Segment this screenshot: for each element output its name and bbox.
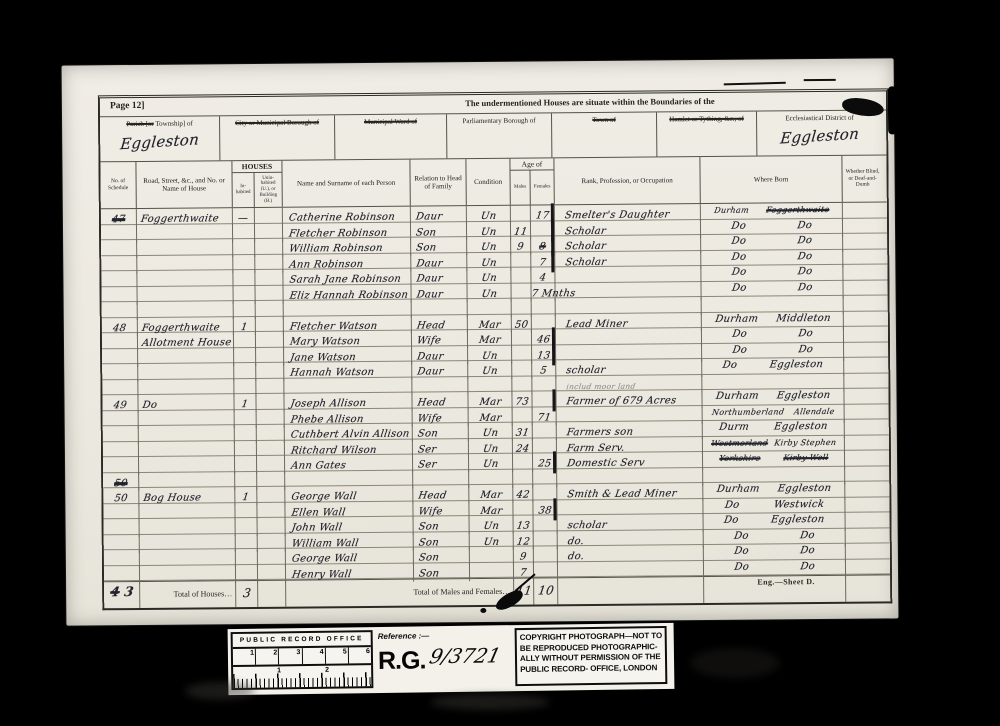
- ruler-cm-cell: 2: [256, 648, 279, 664]
- col-age-title: Age of: [510, 158, 553, 170]
- background-smudge: [185, 682, 255, 700]
- uninhabited-cell: [258, 564, 286, 582]
- table-body: 47 Foggerthwaite — Catherine Robinson Da…: [101, 202, 890, 581]
- col-occupation: Rank, Profession, or Occupation: [554, 157, 700, 204]
- reference-zone: Reference :— R.G. 9/3721: [378, 627, 514, 689]
- totals-blind-cell: [846, 575, 886, 601]
- total-houses-cell: 3: [236, 581, 258, 607]
- copyright-line: PUBLIC RECORD- OFFICE, LONDON: [520, 663, 662, 676]
- ruler-cm-cell: 5: [326, 647, 349, 663]
- totals-margin-note: 4 3: [104, 582, 140, 608]
- stray-mark: [724, 82, 786, 86]
- header-field-handwritten-value: [447, 127, 551, 133]
- col-born: Where Born: [700, 156, 842, 203]
- col-road: Road, Street, &c., and No. or Name of Ho…: [136, 161, 232, 208]
- stray-mark: [804, 79, 836, 81]
- sheet-note: Eng.—Sheet D.: [721, 577, 851, 587]
- ruler-cm-cell: 3: [279, 648, 302, 664]
- person-name: Henry Wall: [291, 568, 352, 582]
- header-field: Hamlet or Tything, &c., of: [657, 112, 757, 157]
- census-photo: Page 12] The undermentioned Houses are s…: [62, 58, 899, 625]
- col-inhabited: In-habited: [233, 173, 255, 207]
- ruler-cm-cell: 1: [233, 649, 256, 665]
- pro-reference-strip: PUBLIC RECORD OFFICE 1 2 3 4 5 6 1 2 Ref…: [228, 623, 675, 695]
- column-headers: No. of Schedule Road, Street, &c., and N…: [100, 155, 886, 209]
- age-male-value: 7: [519, 566, 528, 579]
- col-males: Males: [511, 171, 531, 205]
- born-county: Do: [733, 560, 750, 578]
- header-field-label: Township] of: [155, 119, 193, 127]
- header-field-handwritten-value: [335, 127, 446, 134]
- totals-occ-cell: [558, 577, 704, 604]
- col-name: Name and Surname of each Person: [282, 160, 410, 207]
- pro-ruler: PUBLIC RECORD OFFICE 1 2 3 4 5 6 1 2: [231, 630, 374, 690]
- ruler-cm-cell: 4: [302, 648, 325, 664]
- header-field-struck-label: Town of: [592, 116, 616, 124]
- header-fields: Parish [or Township] of Eggleston City o…: [100, 110, 886, 162]
- ink-blot-dot: [480, 608, 486, 613]
- header-field-handwritten-value: [657, 125, 756, 131]
- header-field: Town of: [552, 112, 657, 157]
- col-uninhabited: Unin-habited (U.), or Building (B.): [255, 173, 282, 207]
- age-female-cell: [534, 562, 558, 580]
- ruler-inch-row: 1 2: [233, 665, 371, 689]
- boundary-sentence: The undermentioned Houses are situate wi…: [350, 95, 830, 109]
- header-field-struck-label: Municipal Ward of: [364, 118, 417, 126]
- col-blind: Whether Blind, or Deaf-and-Dumb: [842, 155, 882, 201]
- total-houses-label: Total of Houses…: [140, 581, 236, 608]
- margin-value: 3: [122, 582, 135, 604]
- header-field: City or Municipal Borough of: [220, 115, 335, 160]
- census-form: Page 12] The undermentioned Houses are s…: [98, 88, 892, 610]
- col-houses-title: HOUSES: [232, 161, 281, 173]
- page-number: Page 12]: [110, 101, 145, 111]
- col-condition: Condition: [466, 159, 510, 205]
- header-field-handwritten-value: [552, 126, 656, 132]
- col-relation: Relation to Head of Family: [410, 159, 466, 205]
- header-field-struck-label: Hamlet or Tything, &c., of: [669, 115, 744, 124]
- header-field-struck-label: Parish [or: [126, 120, 153, 128]
- header-field-handwritten-value: Eggleston: [756, 123, 883, 150]
- reference-number: 9/3721: [427, 643, 503, 668]
- background-smudge: [690, 648, 780, 678]
- col-houses-group: HOUSES In-habited Unin-habited (U.), or …: [232, 161, 282, 207]
- inhabited-cell: [236, 564, 258, 582]
- background-smudge: [430, 694, 550, 710]
- totals-uninhabited-cell: [258, 581, 286, 607]
- header-field-handwritten-value: [220, 128, 334, 135]
- col-females: Females: [531, 170, 554, 204]
- header-field-struck-label: City or Municipal Borough of: [235, 118, 319, 127]
- total-females-value: 10: [536, 578, 555, 602]
- col-schedule: No. of Schedule: [100, 162, 136, 208]
- header-field: Ecclesiastical District of Eggleston: [757, 110, 882, 155]
- reference-prefix: R.G.: [378, 646, 426, 676]
- reference-label: Reference :—: [378, 627, 513, 641]
- ruler-cm-cell: 6: [349, 647, 371, 663]
- ruler-cm-row: 1 2 3 4 5 6: [233, 647, 371, 667]
- col-age-group: Age of Males Females: [510, 158, 554, 204]
- ruler-ticks-tall: [233, 672, 371, 688]
- header-field: Parish [or Township] of Eggleston: [100, 116, 220, 161]
- relation-value: Son: [418, 567, 440, 580]
- header-field-handwritten-value: Eggleston: [99, 129, 220, 155]
- total-houses-value: 3: [241, 581, 253, 605]
- born-place: Do: [799, 560, 816, 578]
- total-females-cell: 10: [534, 578, 558, 604]
- header-field-label: Parliamentary Borough of: [462, 117, 535, 126]
- total-mf-label: Total of Males and Females…: [286, 579, 514, 607]
- header-field: Municipal Ward of: [335, 114, 447, 159]
- photo-edge-mark: [888, 86, 897, 134]
- copyright-box: COPYRIGHT PHOTOGRAPH—NOT TO BE REPRODUCE…: [515, 626, 668, 686]
- margin-struck-value: 4: [109, 582, 122, 604]
- header-field-label: Ecclesiastical District of: [785, 114, 853, 123]
- header-field: Parliamentary Borough of: [447, 113, 552, 158]
